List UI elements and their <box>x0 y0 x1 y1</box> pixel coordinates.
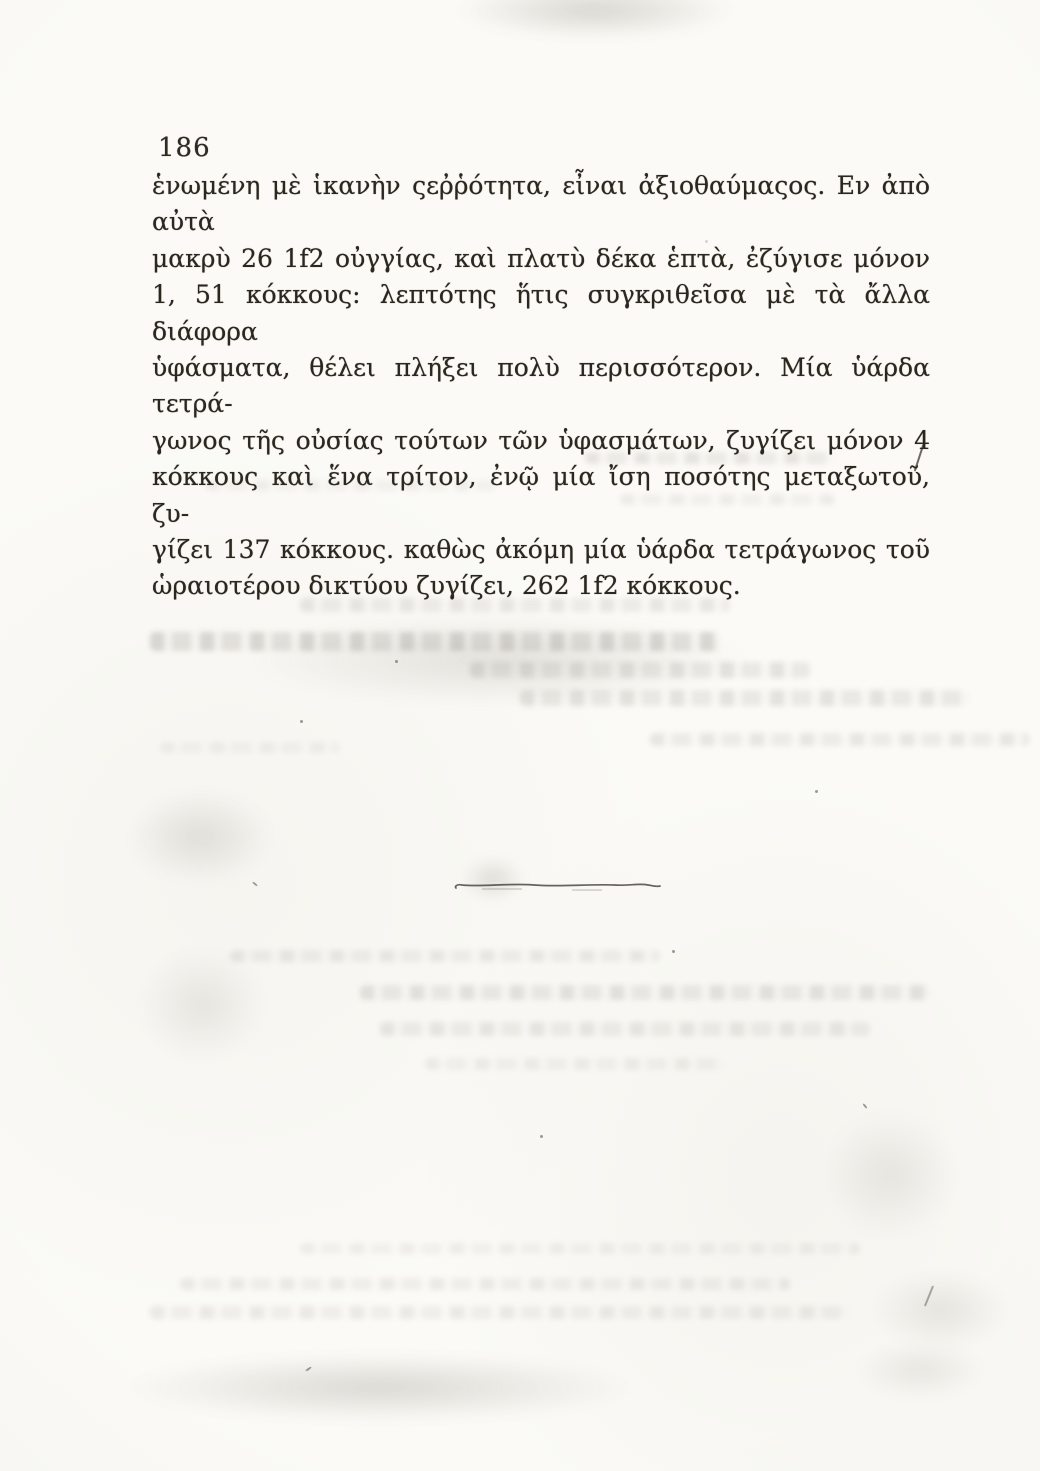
paper-speck <box>815 790 818 793</box>
section-divider-rule <box>452 878 664 892</box>
ink-bleed-smudge <box>112 925 292 1085</box>
text-line: ὑφάσματα, θέλει πλήξει πολὺ περισσότερον… <box>152 350 930 423</box>
ink-bleed-smudge <box>25 1340 735 1435</box>
text-line: ὡραιοτέρου δικτύου ζυγίζει, 262 1f2 κόκκ… <box>152 568 930 604</box>
ghost-text-band <box>230 950 660 962</box>
ghost-text-band <box>380 1022 870 1036</box>
scanned-book-page: 186 ἑνωμένη μὲ ἱκανὴν ςεῤῥότητα, εἶναι ἀ… <box>0 0 1040 1471</box>
ghost-text-band <box>650 733 1030 746</box>
ghost-text-band <box>425 1058 725 1070</box>
ink-bleed-smudge <box>400 0 790 50</box>
page-number: 186 <box>158 133 211 163</box>
text-line: κόκκους καὶ ἕνα τρίτον, ἐνῷ μία ἴση ποσό… <box>152 459 930 532</box>
paper-speck <box>395 660 398 663</box>
paper-speck <box>300 720 303 723</box>
body-text-block: ἑνωμένη μὲ ἱκανὴν ςεῤῥότητα, εἶναι ἀξιοθ… <box>152 168 930 605</box>
paper-speck <box>540 1135 543 1138</box>
ghost-text-band <box>160 742 340 753</box>
ghost-text-band <box>470 662 810 678</box>
text-line: ἑνωμένη μὲ ἱκανὴν ςεῤῥότητα, εἶναι ἀξιοθ… <box>152 168 930 241</box>
text-line: γωνος τῆς οὐσίας τούτων τῶν ὑφασμάτων, ζ… <box>152 423 930 459</box>
text-line: γίζει 137 κόκκους. καθὼς ἀκόμη μία ὑάρδα… <box>152 532 930 568</box>
ghost-text-band <box>360 985 930 1000</box>
ghost-text-band <box>520 690 970 706</box>
ghost-text-band <box>150 632 720 651</box>
ghost-text-band <box>300 1243 860 1254</box>
ink-bleed-smudge <box>795 1085 985 1265</box>
ghost-text-band <box>150 1306 850 1319</box>
text-line: μακρὺ 26 1f2 οὐγγίας, καὶ πλατὺ δέκα ἑπτ… <box>152 241 930 277</box>
divider-rule-stroke <box>452 879 664 893</box>
ghost-text-band <box>180 1278 790 1290</box>
ink-bleed-smudge <box>830 1330 1010 1410</box>
ink-bleed-smudge <box>100 772 300 902</box>
paper-speck <box>672 950 675 953</box>
text-line: 1, 51 κόκκους: λεπτότης ἥτις συγκριθεῖσα… <box>152 277 930 350</box>
